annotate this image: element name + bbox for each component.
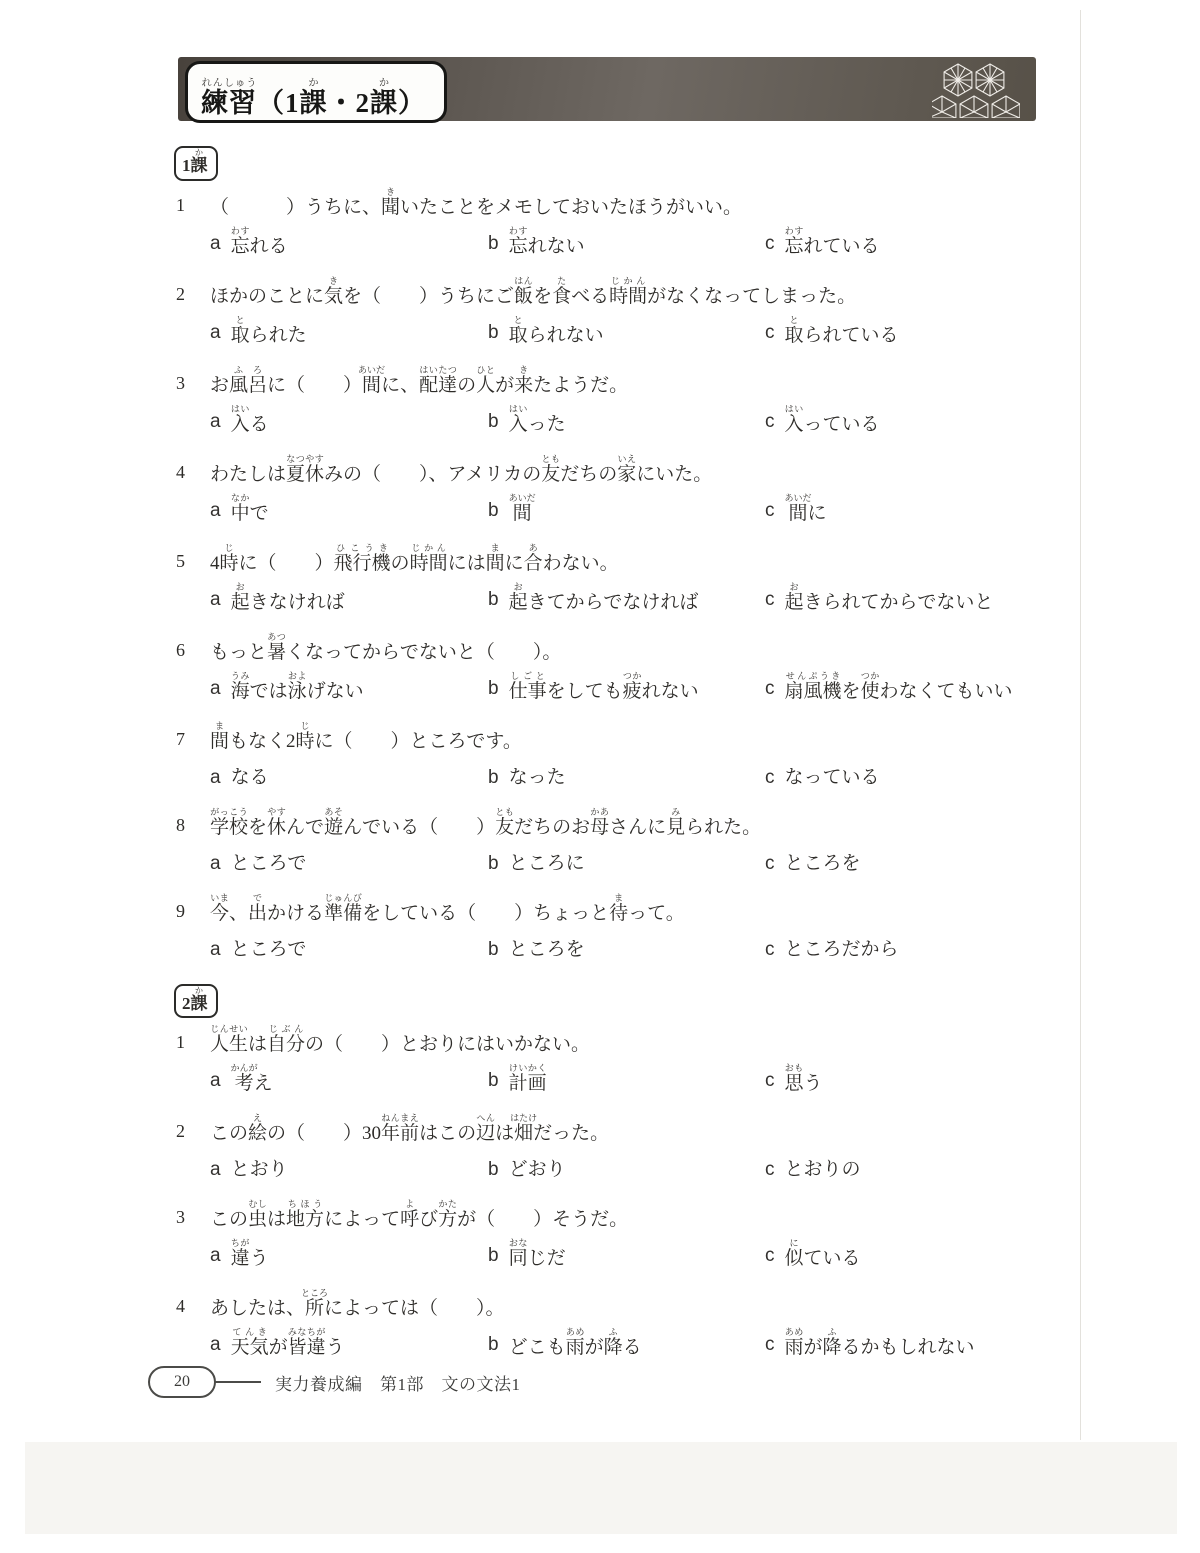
option-row: a とおり b どおり c とおりの: [176, 1152, 1188, 1188]
option-letter: a: [210, 846, 221, 882]
option-letter: b: [488, 582, 499, 621]
question: 2 この絵えの（ ）30年前ねんまえはこの辺へんは畑はたけだった。 a とおり …: [176, 1113, 1188, 1188]
asanoha-pattern-icon: [932, 60, 1020, 118]
option-text: ところで: [231, 846, 307, 882]
answer-option: a 取とられた: [210, 315, 488, 354]
option-text: 思おもう: [785, 1063, 823, 1102]
question-line: 1 人生じんせいは自分じぶんの（ ）とおりにはいかない。: [176, 1024, 1188, 1063]
question: 5 4時じに（ ）飛行機ひこうきの時間じかんには間まに合あわない。 a 起おきな…: [176, 543, 1188, 621]
section: 2課か 1 人生じんせいは自分じぶんの（ ）とおりにはいかない。 a 考かんがえ…: [176, 984, 1188, 1367]
option-letter: a: [210, 1327, 221, 1366]
option-text: 同おなじだ: [509, 1238, 566, 1277]
answer-option: a 中なかで: [210, 493, 488, 532]
option-text: 計画けいかく: [509, 1063, 547, 1102]
answer-option: a ところで: [210, 846, 488, 882]
option-text: 扇風機せんぷうきを使つかわなくてもいい: [785, 671, 1013, 710]
question-sentence: 今いま、出でかける準備じゅんびをしている（ ）ちょっと待まって。: [210, 893, 685, 932]
option-letter: b: [488, 1152, 499, 1188]
question-list: 1 （ ）うちに、聞きいたことをメモしておいたほうがいい。 a 忘わすれる b …: [176, 187, 1188, 968]
page-footer: 20 実力養成編 第1部 文の文法1: [148, 1366, 521, 1398]
question-sentence: もっと暑あつくなってからでないと（ ）。: [210, 632, 561, 671]
answer-option: b 仕事しごとをしても疲つかれない: [488, 671, 765, 710]
option-text: 起おきてからでなければ: [509, 582, 699, 621]
question: 4 わたしは夏休なつやすみの（ ）、アメリカの友ともだちの家いえにいた。 a 中…: [176, 454, 1188, 532]
option-row: a 中なかで b 間あいだ c 間あいだに: [176, 493, 1188, 532]
page-title-box: 練習れんしゅう（1課か・2課か）: [185, 61, 447, 123]
option-letter: b: [488, 1238, 499, 1277]
option-text: 考かんがえ: [231, 1063, 273, 1102]
answer-option: a 起おきなければ: [210, 582, 488, 621]
option-letter: b: [488, 760, 499, 796]
answer-option: a 入はいる: [210, 404, 488, 443]
question-sentence: 人生じんせいは自分じぶんの（ ）とおりにはいかない。: [210, 1024, 590, 1063]
option-letter: b: [488, 315, 499, 354]
question-line: 2 この絵えの（ ）30年前ねんまえはこの辺へんは畑はたけだった。: [176, 1113, 1188, 1152]
option-text: 入はいった: [509, 404, 566, 443]
question-line: 2 ほかのことに気きを（ ）うちにご飯はんを食たべる時間じかんがなくなってしまっ…: [176, 276, 1188, 315]
option-letter: b: [488, 404, 499, 443]
option-letter: a: [210, 1152, 221, 1188]
option-letter: c: [765, 1238, 775, 1277]
option-row: a 海うみでは泳およげない b 仕事しごとをしても疲つかれない c 扇風機せんぷ…: [176, 671, 1188, 710]
page-title: 練習れんしゅう（1課か・2課か）: [201, 78, 426, 117]
option-letter: a: [210, 1063, 221, 1102]
question-sentence: あしたは、所ところによっては（ ）。: [210, 1288, 505, 1327]
option-text: なっている: [785, 760, 880, 796]
question-number: 2: [176, 1113, 210, 1152]
option-row: a ところで b ところに c ところを: [176, 846, 1188, 882]
answer-option: a 考かんがえ: [210, 1063, 488, 1102]
question-sentence: この虫むしは地方ちほうによって呼よび方かたが（ ）そうだ。: [210, 1199, 628, 1238]
option-letter: a: [210, 404, 221, 443]
scan-bottom-shadow-band: [25, 1442, 1177, 1534]
option-letter: c: [765, 671, 775, 710]
question-number: 1: [176, 187, 210, 226]
option-row: a 考かんがえ b 計画けいかく c 思おもう: [176, 1063, 1188, 1102]
answer-option: a 違ちがう: [210, 1238, 488, 1277]
option-text: ところを: [509, 932, 585, 968]
option-row: a ところで b ところを c ところだから: [176, 932, 1188, 968]
question-line: 3 お風呂ふろに（ ）間あいだに、配達はいたつの人ひとが来きたようだ。: [176, 365, 1188, 404]
option-letter: a: [210, 582, 221, 621]
option-letter: a: [210, 932, 221, 968]
question-line: 9 今いま、出でかける準備じゅんびをしている（ ）ちょっと待まって。: [176, 893, 1188, 932]
answer-option: c とおりの: [765, 1152, 1188, 1188]
question: 2 ほかのことに気きを（ ）うちにご飯はんを食たべる時間じかんがなくなってしまっ…: [176, 276, 1188, 354]
section: 1課か 1 （ ）うちに、聞きいたことをメモしておいたほうがいい。 a 忘わすれ…: [176, 146, 1188, 968]
question: 1 （ ）うちに、聞きいたことをメモしておいたほうがいい。 a 忘わすれる b …: [176, 187, 1188, 265]
question-number: 2: [176, 276, 210, 315]
answer-option: c ところだから: [765, 932, 1188, 968]
question-line: 7 間まもなく2時じに（ ）ところです。: [176, 721, 1188, 760]
question: 7 間まもなく2時じに（ ）ところです。 a なる b なった c なっている: [176, 721, 1188, 796]
option-letter: c: [765, 1327, 775, 1366]
answer-option: a 海うみでは泳およげない: [210, 671, 488, 710]
question-number: 3: [176, 365, 210, 404]
page-number: 20: [174, 1373, 190, 1391]
question-number: 1: [176, 1024, 210, 1063]
option-letter: c: [765, 1063, 775, 1102]
option-letter: a: [210, 760, 221, 796]
option-letter: c: [765, 582, 775, 621]
answer-option: a とおり: [210, 1152, 488, 1188]
option-letter: b: [488, 671, 499, 710]
answer-option: c 雨あめが降ふるかもしれない: [765, 1327, 1188, 1366]
section-label: 2課か: [174, 984, 218, 1019]
option-text: 天気てんきが皆違みなちがう: [231, 1327, 345, 1366]
question: 3 お風呂ふろに（ ）間あいだに、配達はいたつの人ひとが来きたようだ。 a 入は…: [176, 365, 1188, 443]
scanned-workbook-page: 練習れんしゅう（1課か・2課か）: [0, 0, 1200, 1553]
option-letter: b: [488, 493, 499, 532]
answer-option: a ところで: [210, 932, 488, 968]
option-text: 起おきられてからでないと: [785, 582, 994, 621]
option-text: 仕事しごとをしても疲つかれない: [509, 671, 699, 710]
answer-option: c 間あいだに: [765, 493, 1188, 532]
option-row: a 違ちがう b 同おなじだ c 似にている: [176, 1238, 1188, 1277]
question: 8 学校がっこうを休やすんで遊あそんでいる（ ）友ともだちのお母かあさんに見みら…: [176, 807, 1188, 882]
option-letter: c: [765, 315, 775, 354]
option-text: とおり: [231, 1152, 288, 1188]
question-number: 8: [176, 807, 210, 846]
option-letter: b: [488, 226, 499, 265]
question: 6 もっと暑あつくなってからでないと（ ）。 a 海うみでは泳およげない b 仕…: [176, 632, 1188, 710]
answer-option: b 取とられない: [488, 315, 765, 354]
option-letter: c: [765, 932, 775, 968]
question-number: 4: [176, 454, 210, 493]
answer-option: c なっている: [765, 760, 1188, 796]
option-text: とおりの: [785, 1152, 861, 1188]
option-text: なった: [509, 760, 566, 796]
option-row: a 起おきなければ b 起おきてからでなければ c 起おきられてからでないと: [176, 582, 1188, 621]
question-line: 6 もっと暑あつくなってからでないと（ ）。: [176, 632, 1188, 671]
option-letter: c: [765, 760, 775, 796]
option-letter: b: [488, 1327, 499, 1366]
option-letter: c: [765, 846, 775, 882]
option-letter: c: [765, 226, 775, 265]
option-letter: b: [488, 1063, 499, 1102]
answer-option: c 入はいっている: [765, 404, 1188, 443]
question: 9 今いま、出でかける準備じゅんびをしている（ ）ちょっと待まって。 a ところ…: [176, 893, 1188, 968]
answer-option: a 忘わすれる: [210, 226, 488, 265]
asanoha-motif-1: [944, 64, 972, 96]
answer-option: a なる: [210, 760, 488, 796]
option-text: 起おきなければ: [231, 582, 345, 621]
option-letter: a: [210, 315, 221, 354]
question-line: 1 （ ）うちに、聞きいたことをメモしておいたほうがいい。: [176, 187, 1188, 226]
question-line: 4 あしたは、所ところによっては（ ）。: [176, 1288, 1188, 1327]
answer-option: b ところを: [488, 932, 765, 968]
section-label-text: 1課か: [182, 156, 208, 175]
option-text: 入はいっている: [785, 404, 880, 443]
option-letter: b: [488, 846, 499, 882]
answer-option: b 間あいだ: [488, 493, 765, 532]
question-sentence: お風呂ふろに（ ）間あいだに、配達はいたつの人ひとが来きたようだ。: [210, 365, 628, 404]
option-text: 取とられた: [231, 315, 307, 354]
option-text: 間あいだ: [509, 493, 536, 532]
option-text: 中なかで: [231, 493, 269, 532]
option-row: a 天気てんきが皆違みなちがう b どこも雨あめが降ふる c 雨あめが降ふるかも…: [176, 1327, 1188, 1366]
option-row: a 取とられた b 取とられない c 取とられている: [176, 315, 1188, 354]
answer-option: c 取とられている: [765, 315, 1188, 354]
option-text: ところを: [785, 846, 861, 882]
option-letter: a: [210, 671, 221, 710]
answer-option: b 同おなじだ: [488, 1238, 765, 1277]
option-text: 忘わすれない: [509, 226, 585, 265]
option-text: 入はいる: [231, 404, 269, 443]
answer-option: c ところを: [765, 846, 1188, 882]
option-letter: a: [210, 1238, 221, 1277]
answer-option: b どおり: [488, 1152, 765, 1188]
option-letter: b: [488, 932, 499, 968]
question-number: 5: [176, 543, 210, 582]
option-text: 取とられている: [785, 315, 899, 354]
question-sentence: わたしは夏休なつやすみの（ ）、アメリカの友ともだちの家いえにいた。: [210, 454, 712, 493]
section-label: 1課か: [174, 146, 218, 181]
footer-rule-line: [215, 1381, 261, 1383]
option-text: 雨あめが降ふるかもしれない: [785, 1327, 975, 1366]
option-text: 忘わすれる: [231, 226, 288, 265]
answer-option: c 扇風機せんぷうきを使つかわなくてもいい: [765, 671, 1188, 710]
asanoha-motif-row2: [932, 96, 1020, 118]
option-row: a 忘わすれる b 忘わすれない c 忘わすれている: [176, 226, 1188, 265]
question-sentence: 間まもなく2時じに（ ）ところです。: [210, 721, 522, 760]
answer-option: a 天気てんきが皆違みなちがう: [210, 1327, 488, 1366]
question-sentence: この絵えの（ ）30年前ねんまえはこの辺へんは畑はたけだった。: [210, 1113, 609, 1152]
option-text: 取とられない: [509, 315, 604, 354]
option-text: どおり: [509, 1152, 566, 1188]
question-number: 3: [176, 1199, 210, 1238]
question-line: 4 わたしは夏休なつやすみの（ ）、アメリカの友ともだちの家いえにいた。: [176, 454, 1188, 493]
option-letter: c: [765, 1152, 775, 1188]
question-sentence: ほかのことに気きを（ ）うちにご飯はんを食たべる時間じかんがなくなってしまった。: [210, 276, 856, 315]
answer-option: b ところに: [488, 846, 765, 882]
question: 1 人生じんせいは自分じぶんの（ ）とおりにはいかない。 a 考かんがえ b 計…: [176, 1024, 1188, 1102]
option-row: a なる b なった c なっている: [176, 760, 1188, 796]
question-sentence: 4時じに（ ）飛行機ひこうきの時間じかんには間まに合あわない。: [210, 543, 619, 582]
option-text: ところで: [231, 932, 307, 968]
option-text: ところに: [509, 846, 585, 882]
question-number: 7: [176, 721, 210, 760]
answer-option: b 起おきてからでなければ: [488, 582, 765, 621]
option-letter: a: [210, 226, 221, 265]
option-letter: c: [765, 493, 775, 532]
answer-option: b 入はいった: [488, 404, 765, 443]
header-banner: 練習れんしゅう（1課か・2課か）: [178, 57, 1036, 121]
answer-option: c 思おもう: [765, 1063, 1188, 1102]
option-text: どこも雨あめが降ふる: [509, 1327, 642, 1366]
answer-option: b 計画けいかく: [488, 1063, 765, 1102]
option-text: 違ちがう: [231, 1238, 269, 1277]
question-sentence: 学校がっこうを休やすんで遊あそんでいる（ ）友ともだちのお母かあさんに見みられた…: [210, 807, 761, 846]
option-text: 間あいだに: [785, 493, 827, 532]
question-number: 6: [176, 632, 210, 671]
exercise-content: 1課か 1 （ ）うちに、聞きいたことをメモしておいたほうがいい。 a 忘わすれ…: [176, 146, 1188, 1377]
question: 4 あしたは、所ところによっては（ ）。 a 天気てんきが皆違みなちがう b ど…: [176, 1288, 1188, 1366]
page-number-pill: 20: [148, 1366, 216, 1398]
footer-book-title: 実力養成編 第1部 文の文法1: [275, 1370, 521, 1395]
question: 3 この虫むしは地方ちほうによって呼よび方かたが（ ）そうだ。 a 違ちがう b…: [176, 1199, 1188, 1277]
question-number: 4: [176, 1288, 210, 1327]
question-line: 3 この虫むしは地方ちほうによって呼よび方かたが（ ）そうだ。: [176, 1199, 1188, 1238]
answer-option: b 忘わすれない: [488, 226, 765, 265]
question-line: 8 学校がっこうを休やすんで遊あそんでいる（ ）友ともだちのお母かあさんに見みら…: [176, 807, 1188, 846]
option-text: 忘わすれている: [785, 226, 880, 265]
question-line: 5 4時じに（ ）飛行機ひこうきの時間じかんには間まに合あわない。: [176, 543, 1188, 582]
question-sentence: （ ）うちに、聞きいたことをメモしておいたほうがいい。: [210, 187, 742, 226]
option-text: なる: [231, 760, 269, 796]
option-letter: a: [210, 493, 221, 532]
option-letter: c: [765, 404, 775, 443]
question-number: 9: [176, 893, 210, 932]
question-list: 1 人生じんせいは自分じぶんの（ ）とおりにはいかない。 a 考かんがえ b 計…: [176, 1024, 1188, 1366]
option-text: ところだから: [785, 932, 899, 968]
section-label-text: 2課か: [182, 994, 208, 1013]
answer-option: c 似にている: [765, 1238, 1188, 1277]
asanoha-motif-2: [976, 64, 1004, 96]
answer-option: c 忘わすれている: [765, 226, 1188, 265]
answer-option: b どこも雨あめが降ふる: [488, 1327, 765, 1366]
option-text: 似にている: [785, 1238, 861, 1277]
option-text: 海うみでは泳およげない: [231, 671, 364, 710]
answer-option: b なった: [488, 760, 765, 796]
answer-option: c 起おきられてからでないと: [765, 582, 1188, 621]
option-row: a 入はいる b 入はいった c 入はいっている: [176, 404, 1188, 443]
